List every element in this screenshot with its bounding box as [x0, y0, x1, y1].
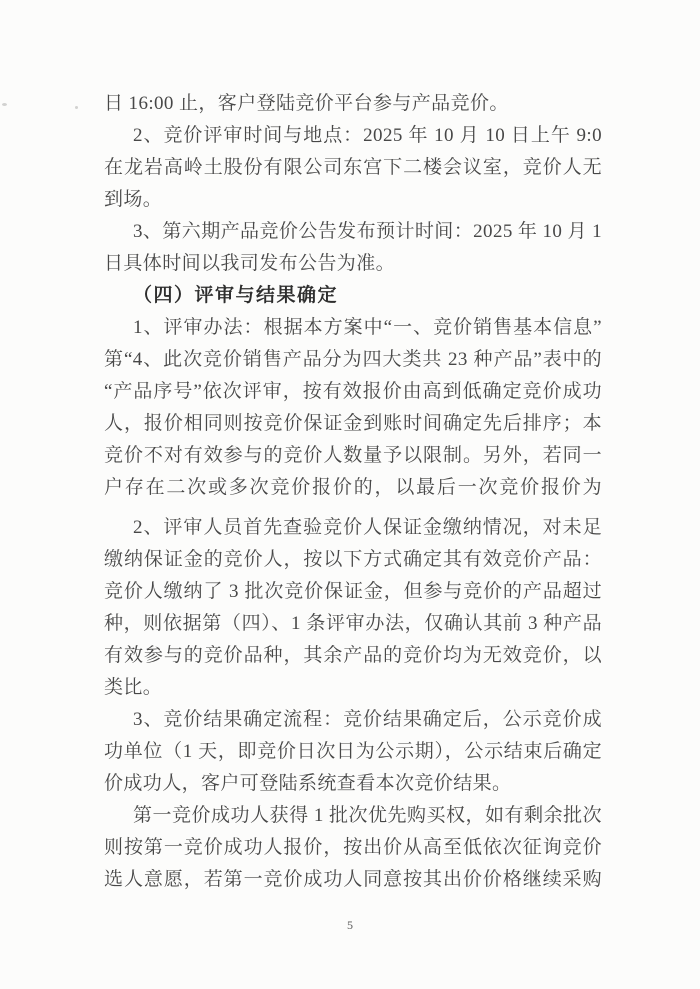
scan-speck-icon — [2, 103, 7, 106]
text-line: 选人意愿，若第一竞价成功人同意按其出价价格继续采购剩 — [104, 864, 602, 896]
text-line: 第一竞价成功人获得 1 批次优先购买权，如有剩余批次 — [104, 800, 602, 832]
document-page: 日 16:00 止，客户登陆竞价平台参与产品竞价。2、竞价评审时间与地点：202… — [0, 0, 700, 989]
text-line: 种，则依据第（四）、1 条评审办法，仅确认其前 3 种产品为 — [104, 608, 602, 640]
text-line: 则按第一竞价成功人报价，按出价从高至低依次征询竞价候 — [104, 832, 602, 864]
paragraph: 第一竞价成功人获得 1 批次优先购买权，如有剩余批次则按第一竞价成功人报价，按出… — [104, 800, 602, 896]
text-line: 缴纳保证金的竞价人，按以下方式确定其有效竞价产品：如 — [104, 544, 602, 576]
text-line: 第“4、此次竞价销售产品分为四大类共 23 种产品”表中的 — [104, 344, 602, 376]
text-line: 类比。 — [104, 672, 602, 704]
text-line: 竞价人缴纳了 3 批次竞价保证金，但参与竞价的产品超过 3 — [104, 576, 602, 608]
paragraph: 2、评审人员首先查验竞价人保证金缴纳情况，对未足批缴纳保证金的竞价人，按以下方式… — [104, 512, 602, 704]
text-line: “产品序号”依次评审，按有效报价由高到低确定竞价成功 — [104, 376, 602, 408]
page-number: 5 — [0, 918, 700, 932]
text-line: 户存在二次或多次竞价报价的，以最后一次竞价报价为准。 — [104, 472, 602, 504]
text-line: 竞价不对有效参与的竞价人数量予以限制。另外，若同一客 — [104, 440, 602, 472]
text-line: 到场。 — [104, 184, 602, 216]
paragraph: 1、评审办法：根据本方案中“一、竞价销售基本信息”第“4、此次竞价销售产品分为四… — [104, 312, 602, 504]
text-line: 2、竞价评审时间与地点：2025 年 10 月 10 日上午 9:00， — [104, 120, 602, 152]
scan-speck-icon — [75, 106, 78, 109]
text-line: 在龙岩高岭土股份有限公司东宫下二楼会议室，竞价人无需 — [104, 152, 602, 184]
text-line: 3、第六期产品竞价公告发布预计时间：2025 年 10 月 13 — [104, 216, 602, 248]
text-line: 人，报价相同则按竞价保证金到账时间确定先后排序；本期 — [104, 408, 602, 440]
text-line: （四）评审与结果确定 — [104, 280, 602, 312]
paragraph: 3、第六期产品竞价公告发布预计时间：2025 年 10 月 13日具体时间以我司… — [104, 216, 602, 280]
text-line: 2、评审人员首先查验竞价人保证金缴纳情况，对未足批 — [104, 512, 602, 544]
text-line: 日 16:00 止，客户登陆竞价平台参与产品竞价。 — [104, 88, 602, 120]
text-line: 1、评审办法：根据本方案中“一、竞价销售基本信息” — [104, 312, 602, 344]
section-heading: （四）评审与结果确定 — [104, 280, 602, 312]
text-line: 功单位（1 天，即竞价日次日为公示期），公示结束后确定竞 — [104, 736, 602, 768]
text-line: 日具体时间以我司发布公告为准。 — [104, 248, 602, 280]
paragraph: 2、竞价评审时间与地点：2025 年 10 月 10 日上午 9:00，在龙岩高… — [104, 120, 602, 216]
paragraph: 3、竞价结果确定流程：竞价结果确定后，公示竞价成功单位（1 天，即竞价日次日为公… — [104, 704, 602, 800]
text-line: 价成功人，客户可登陆系统查看本次竞价结果。 — [104, 768, 602, 800]
document-text: 日 16:00 止，客户登陆竞价平台参与产品竞价。2、竞价评审时间与地点：202… — [104, 88, 602, 896]
paragraph: 日 16:00 止，客户登陆竞价平台参与产品竞价。 — [104, 88, 602, 120]
text-line: 有效参与的竞价品种，其余产品的竞价均为无效竞价，以此 — [104, 640, 602, 672]
text-line: 3、竞价结果确定流程：竞价结果确定后，公示竞价成 — [104, 704, 602, 736]
